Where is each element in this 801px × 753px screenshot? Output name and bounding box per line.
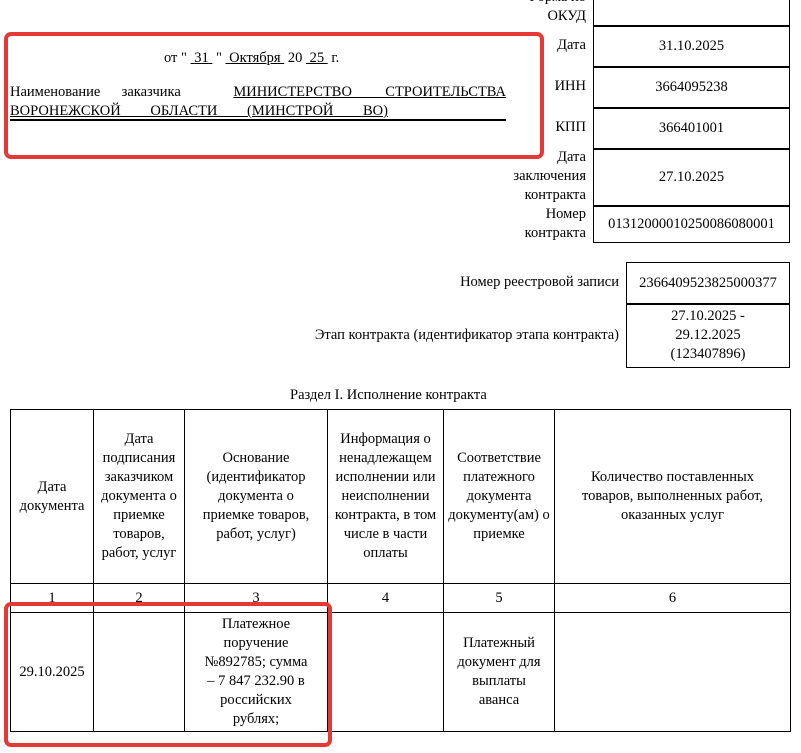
column-header: Дата подписания заказчиком документа о п… [94, 410, 185, 584]
requisite-value-date: 31.10.2025 [593, 25, 790, 68]
contract-stage-label: Этап контракта (идентификатор этапа конт… [270, 303, 619, 367]
column-header: Информация о ненадлежащем исполнении или… [328, 410, 444, 584]
cell-quantity [555, 613, 791, 732]
contract-stage-value: 27.10.2025 - 29.12.2025 (123407896) [626, 303, 790, 368]
column-number: 5 [444, 584, 555, 613]
requisite-label-okud: Форма по ОКУД [520, 0, 586, 26]
column-header: Основание (идентификатор документа о при… [185, 410, 328, 584]
registry-record-value: 2366409523825000377 [626, 262, 790, 305]
column-number: 4 [328, 584, 444, 613]
requisite-label-contract-number: Номер контракта [500, 205, 586, 243]
cell-payment-correspondence: Платежный документ для выплаты аванса [444, 613, 555, 732]
requisite-value-inn: 3664095238 [593, 66, 790, 109]
cell-improper-execution [328, 613, 444, 732]
column-header: Количество поставленных товаров, выполне… [555, 410, 791, 584]
highlight-box-header [4, 32, 544, 159]
highlight-box-data-row [4, 602, 332, 747]
requisite-value-okud [593, 0, 790, 27]
requisite-value-kpp: 366401001 [593, 107, 790, 150]
column-number: 6 [555, 584, 791, 613]
registry-record-label: Номер реестровой записи [380, 262, 619, 303]
column-header: Дата документа [11, 410, 94, 584]
column-header: Соответствие платежного документа докуме… [444, 410, 555, 584]
requisite-value-contract-number: 01312000010250086080001 [593, 205, 790, 243]
section-title: Раздел I. Исполнение контракта [290, 387, 487, 404]
requisite-value-contract-date: 27.10.2025 [593, 148, 790, 207]
table-header-row: Дата документа Дата подписания заказчико… [11, 410, 791, 584]
